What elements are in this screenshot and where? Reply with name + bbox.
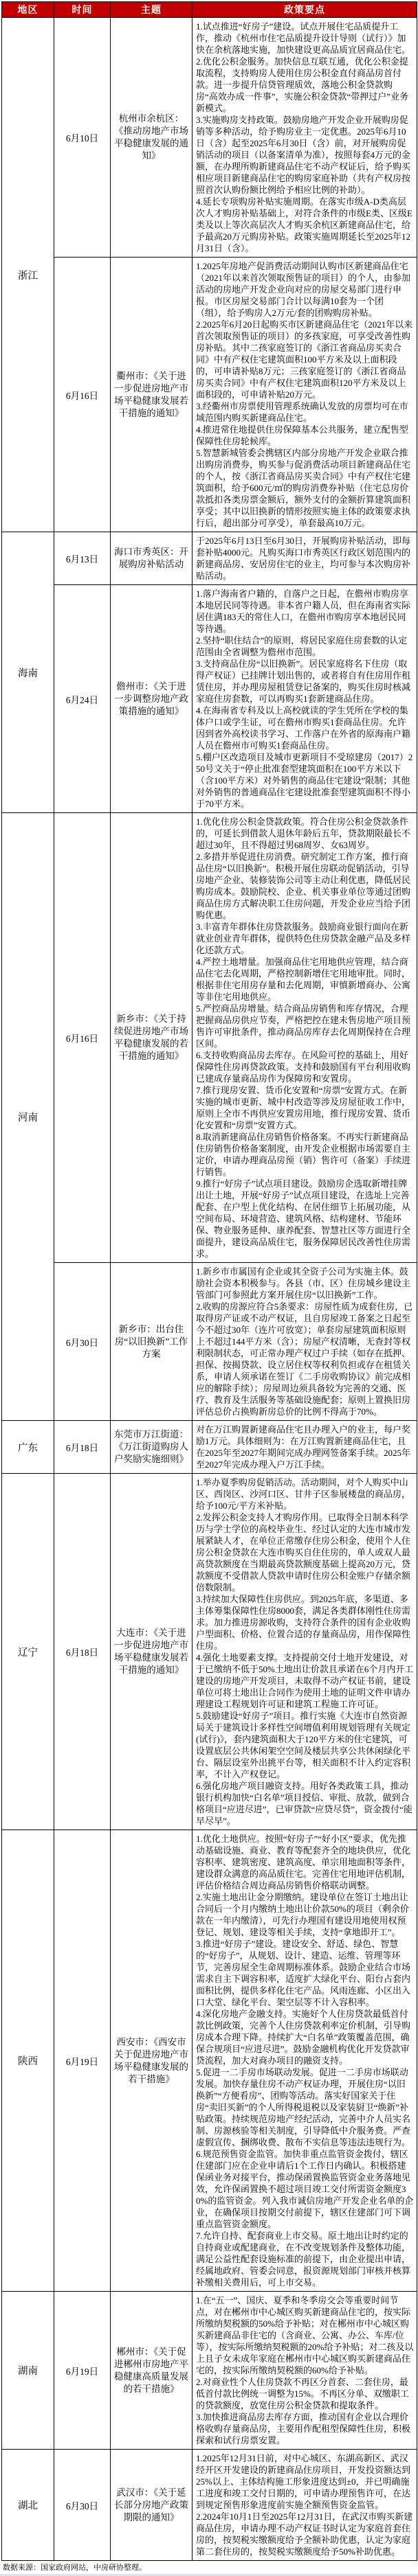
date-cell: 6月13日 bbox=[54, 532, 111, 585]
theme-cell: 西安市：《西安市关于促进房地产市场平稳健康发展的若干措施》 bbox=[111, 1830, 192, 2292]
policy-point: 2.2025年6月20日起购买市区新建商品住宅（2021年以来首次领取预售证的项… bbox=[196, 319, 414, 400]
policy-point: 2.2024年10月1日至2025年12月31日，在武汉市购买新建商品住房，申请… bbox=[196, 2511, 414, 2557]
theme-cell: 武汉市：《关于延长部分房地产政策期限的通知》 bbox=[111, 2450, 192, 2561]
policy-point: 3.推进“好房子”建设。建设安全、舒适、绿色、智慧的“好房子”，从规划、设计、建… bbox=[196, 1938, 414, 2008]
theme-cell: 新乡市：《关于持续促进房地产市场平稳健康发展的若干措施的通知》 bbox=[111, 813, 192, 1263]
policy-point: 2.坚持“职住结合”的原则，将居民家庭住房套数的认定范围由全省调整为儋州市范围。 bbox=[196, 635, 414, 658]
date-cell: 6月16日 bbox=[54, 258, 111, 532]
policy-point: 2.对商业性个人住房贷款不再区分首套、二套住房，最低首付款比例统一调整为15%。… bbox=[196, 2376, 414, 2411]
region-cell: 河南 bbox=[2, 813, 54, 1421]
theme-cell: 海口市秀英区：开展购房补贴活动 bbox=[111, 532, 192, 585]
policy-point: 1.优化住房公积金贷款政策。符合住房公积金贷款条件的，可延长到借款人退休年龄后五… bbox=[196, 816, 414, 851]
region-cell: 浙江 bbox=[2, 18, 54, 532]
table-row: 浙江6月10日杭州市余杭区：《推动房地产市场平稳健康发展的通知》1.试点推进“好… bbox=[2, 18, 417, 258]
date-cell: 6月18日 bbox=[54, 1421, 111, 1474]
policy-table-page: 地区 时间 主题 政策要点 浙江6月10日杭州市余杭区：《推动房地产市场平稳健康… bbox=[0, 0, 418, 2561]
table-row: 湖北6月30日武汉市：《关于延长部分房地产政策期限的通知》1.2025年12月3… bbox=[2, 2450, 417, 2561]
policy-cell: 于2025年6月13日至6月30日，开展购房补贴活动，即每套补贴4000元。凡购… bbox=[192, 532, 417, 585]
policy-point: 3.实施购房支持政策。鼓励房地产开发企业开展购房促销等多种活动，给予购房业主一定… bbox=[196, 114, 414, 196]
policy-point: 5.棚户区改造项目及城市更新项目不受琼建房（2017）250号文关于“停止批准套… bbox=[196, 751, 414, 810]
policy-point: 2.发挥公积金支持人才购房作用。已取得全日制本科学历与学士学位的高校毕业生、经过… bbox=[196, 1512, 414, 1593]
policy-point: 2.多措并举促进住房消费。研究制定工作方案，推行商品住房“以旧换新”。积极开展住… bbox=[196, 851, 414, 921]
policy-point: 1.举办夏季购房促销活动。活动期间，对个人购买中山区、西岗区、沙河口区、甘井子区… bbox=[196, 1477, 414, 1512]
policy-cell: 对在万江购置新建商品住宅且办理入户的业主，每户奖励1万元。具体细则为：在万江购置… bbox=[192, 1421, 417, 1474]
policy-point: 3.支持商品住房“以旧换新”。居民家庭将名下住房（取得产权证）已挂牌计划出售的，… bbox=[196, 658, 414, 705]
policy-cell: 1.举办夏季购房促销活动。活动期间，对个人购买中山区、西岗区、沙河口区、甘井子区… bbox=[192, 1474, 417, 1830]
date-cell: 6月30日 bbox=[54, 1263, 111, 1421]
policy-point: 8.取消新建商品住房销售价格备案。不再实行新建商品住房销售价格备案制度，由开发企… bbox=[196, 1131, 414, 1178]
policy-cell: 1.试点推进“好房子”建设。试点开展住宅品质提升工作，推动《杭州市住宅品质提升设… bbox=[192, 18, 417, 258]
date-cell: 6月30日 bbox=[54, 2450, 111, 2561]
policy-table: 地区 时间 主题 政策要点 浙江6月10日杭州市余杭区：《推动房地产市场平稳健康… bbox=[1, 1, 417, 2561]
policy-cell: 1.2025年12月31日前，对中心城区、东湖高新区、武汉经开区开发建设的新建商… bbox=[192, 2450, 417, 2561]
table-row: 6月30日新乡市：出台住房“以旧换新”工作方案1.新乡市市属国有企业或其全资子公… bbox=[2, 1263, 417, 1421]
header-date: 时间 bbox=[54, 2, 111, 18]
policy-point: 1.落户海南省户籍的，自落户之日起，在儋州市购房享本地居民同等待遇。非本省户籍人… bbox=[196, 588, 414, 635]
policy-point: 于2025年6月13日至6月30日，开展购房补贴活动，即每套补贴4000元。凡购… bbox=[196, 535, 414, 582]
date-cell: 6月18日 bbox=[54, 1474, 111, 1830]
table-row: 6月24日儋州市：《关于进一步调整房地产政策措施的通知》1.落户海南省户籍的，自… bbox=[2, 585, 417, 813]
policy-point: 4.延长专项购房补贴实施周期。在落实市级A-D类高层次人才购房补贴基础上，对符合… bbox=[196, 196, 414, 254]
policy-point: 4.在海南省专科及以上高校就读的学生凭所在学校的集体户口或学生证，可在儋州市购买… bbox=[196, 705, 414, 751]
table-row: 广东6月18日东莞市万江街道：《万江街道购房人户奖励实施细则》对在万江购置新建商… bbox=[2, 1421, 417, 1474]
policy-point: 3.持续加大保障性住房供应。到2025年底，多渠道、多主体筹集保障性住房8000… bbox=[196, 1593, 414, 1652]
policy-point: 1.试点推进“好房子”建设。试点开展住宅品质提升工作，推动《杭州市住宅品质提升设… bbox=[196, 21, 414, 56]
policy-point: 1.在“五一”、国庆、夏季和冬季房交会等重要时间节点，对在郴州市中心城区购买新建… bbox=[196, 2294, 414, 2376]
theme-cell: 大连市：《关于进一步促进房地产市场平稳健康发展若干措施的通知》 bbox=[111, 1474, 192, 1830]
theme-cell: 郴州市：《关于促进郴州市房地产平稳健康高质量发展的若干措施》 bbox=[111, 2292, 192, 2450]
region-cell: 辽宁 bbox=[2, 1474, 54, 1830]
policy-point: 4.深化房地产金融支持。实施好个人住房贷款最低首付款比例政策，完善个人住房贷款利… bbox=[196, 2008, 414, 2066]
policy-point: 5.促进一二手房市场联动发展。促进一二手房市场联动发展。加快存量住房不动产权证办… bbox=[196, 2066, 414, 2148]
region-cell: 陕西 bbox=[2, 1830, 54, 2292]
policy-point: 9.推行“好房子”试点项目建设。鼓励房企选取新增挂牌出让土地，开展“好房子”试点… bbox=[196, 1178, 414, 1259]
policy-point: 4.强化土地要素支撑。支持提前交付土地开发建设，对于已缴纳不低于50%土地出让价… bbox=[196, 1652, 414, 1710]
policy-point: 5.鼓励建设“好房子”项目。推行实施《大连市自然资源局关于建筑设计多样性空间增值… bbox=[196, 1710, 414, 1780]
region-cell: 广东 bbox=[2, 1421, 54, 1474]
region-cell: 海南 bbox=[2, 532, 54, 813]
policy-cell: 1.2025年房地产促消费活动期间认购市区新建商品住宅（2021年以来首次领取预… bbox=[192, 258, 417, 532]
table-row: 辽宁6月18日大连市：《关于进一步促进房地产市场平稳健康发展若干措施的通知》1.… bbox=[2, 1474, 417, 1830]
theme-cell: 儋州市：《关于进一步调整房地产政策措施的通知》 bbox=[111, 585, 192, 813]
date-cell: 6月16日 bbox=[54, 813, 111, 1263]
policy-table-body: 浙江6月10日杭州市余杭区：《推动房地产市场平稳健康发展的通知》1.试点推进“好… bbox=[2, 18, 417, 2561]
policy-point: 1.2025年房地产促消费活动期间认购市区新建商品住宅（2021年以来首次领取预… bbox=[196, 260, 414, 319]
table-row: 海南6月13日海口市秀英区：开展购房补贴活动于2025年6月13日至6月30日，… bbox=[2, 532, 417, 585]
policy-cell: 1.新乡市市属国有企业或其全资子公司为实施主体。鼓励社会资本积极参与。各县（市、… bbox=[192, 1263, 417, 1421]
date-cell: 6月24日 bbox=[54, 585, 111, 813]
policy-point: 1.2025年12月31日前，对中心城区、东湖高新区、武汉经开区开发建设的新建商… bbox=[196, 2452, 414, 2511]
policy-point: 2.优化公积金服务。加快信息互联互通，优化公积金提取流程，支持购房人使用住房公积… bbox=[196, 56, 414, 114]
policy-cell: 1.落户海南省户籍的，自落户之日起，在儋州市购房享本地居民同等待遇。非本省户籍人… bbox=[192, 585, 417, 813]
policy-point: 6.强化房地产项目融资支持。用好各类政策工具，推动银行机构加快“白名单”项目授信… bbox=[196, 1780, 414, 1827]
table-header-row: 地区 时间 主题 政策要点 bbox=[2, 2, 417, 18]
header-region: 地区 bbox=[2, 2, 54, 18]
policy-point: 7.推行现房安置、货币化安置和“房票”安置方式。在新实施的城市更新、城中村改造等… bbox=[196, 1084, 414, 1131]
table-row: 陕西6月19日西安市：《西安市关于促进房地产市场平稳健康发展的若干措施》1.优化… bbox=[2, 1830, 417, 2292]
header-theme: 主题 bbox=[111, 2, 192, 18]
policy-point: 4.严控土地增量。加强商品住宅用地供应管理，结合商品住宅去化周期，严格控制新增住… bbox=[196, 956, 414, 1003]
region-cell: 湖北 bbox=[2, 2450, 54, 2561]
table-row: 6月16日衢州市：《关于进一步促进房地产市场平稳健康发展若干措施的通知》1.20… bbox=[2, 258, 417, 532]
policy-point: 5.智慧新城管委会携辖区内部分房地产开发企业联合推出购房消费券，购买参与促消费活… bbox=[196, 447, 414, 529]
policy-point: 2.收购的房源应符合5条要求：房屋性质为成套住房，已取得房产证或不动产权证，且自… bbox=[196, 1301, 414, 1417]
policy-point: 3.经衢州市房票使用管理系统确认发放的房票均可在市域范围内购买新建商品住宅。 bbox=[196, 400, 414, 424]
table-row: 河南6月16日新乡市：《关于持续促进房地产市场平稳健康发展的若干措施的通知》1.… bbox=[2, 813, 417, 1263]
data-source-note: 数据来源：国家政府网站，中房研协整理。 bbox=[0, 2561, 418, 2574]
theme-cell: 新乡市：出台住房“以旧换新”工作方案 bbox=[111, 1263, 192, 1421]
policy-point: 1.优化土地供应。按照“好房子”“好小区”要求，优先推动基础设施、商业、教育等配… bbox=[196, 1833, 414, 1891]
policy-cell: 1.在“五一”、国庆、夏季和冬季房交会等重要时间节点，对在郴州市中心城区购买新建… bbox=[192, 2292, 417, 2450]
header-policy: 政策要点 bbox=[192, 2, 417, 18]
policy-point: 3.丰富青年群体住房贷款服务。鼓励商业银行面向在新就业创业青年群体，提供特色住房… bbox=[196, 921, 414, 956]
date-cell: 6月19日 bbox=[54, 2292, 111, 2450]
table-row: 湖南6月19日郴州市：《关于促进郴州市房地产平稳健康高质量发展的若干措施》1.在… bbox=[2, 2292, 417, 2450]
date-cell: 6月10日 bbox=[54, 18, 111, 258]
policy-point: 3.加快推进商品房去库存方面，推动国有企业以合理价格收购存量商品房，主要用作配租… bbox=[196, 2411, 414, 2446]
policy-point: 2.实施土地出让金分期缴纳。建设单位在签订土地出让合同后一个月内缴纳土地出让价款… bbox=[196, 1891, 414, 1938]
policy-point: 4.推进常住地提供住房保障基本公共服务，建立配售型保障性住房轮候库。 bbox=[196, 424, 414, 447]
policy-point: 7.允许自持、配套商业上市交易。原土地出让时约定的自持商业或配建商业，在不改变规… bbox=[196, 2230, 414, 2288]
policy-cell: 1.优化住房公积金贷款政策。符合住房公积金贷款条件的，可延长到借款人退休年龄后五… bbox=[192, 813, 417, 1263]
theme-cell: 衢州市：《关于进一步促进房地产市场平稳健康发展若干措施的通知》 bbox=[111, 258, 192, 532]
theme-cell: 杭州市余杭区：《推动房地产市场平稳健康发展的通知》 bbox=[111, 18, 192, 258]
region-cell: 湖南 bbox=[2, 2292, 54, 2450]
policy-point: 5.严控商品房增量。结合商品房销售和库存情况，合理把握商品房供应节奏，严格把控在… bbox=[196, 1003, 414, 1049]
policy-cell: 1.优化土地供应。按照“好房子”“好小区”要求，优先推动基础设施、商业、教育等配… bbox=[192, 1830, 417, 2292]
policy-point: 6.规范预售资金监管。加快非重点监管资金拨付，辖区住建部门应在企业申请后1个工作… bbox=[196, 2148, 414, 2230]
policy-point: 1.新乡市市属国有企业或其全资子公司为实施主体。鼓励社会资本积极参与。各县（市、… bbox=[196, 1266, 414, 1301]
theme-cell: 东莞市万江街道：《万江街道购房人户奖励实施细则》 bbox=[111, 1421, 192, 1474]
policy-point: 6.支持收购商品房去库存。在风险可控的基础上，用好保障性住房再贷款政策。支持和鼓… bbox=[196, 1049, 414, 1084]
policy-point: 对在万江购置新建商品住宅且办理入户的业主，每户奖励1万元。具体细则为：在万江购置… bbox=[196, 1424, 414, 1470]
date-cell: 6月19日 bbox=[54, 1830, 111, 2292]
